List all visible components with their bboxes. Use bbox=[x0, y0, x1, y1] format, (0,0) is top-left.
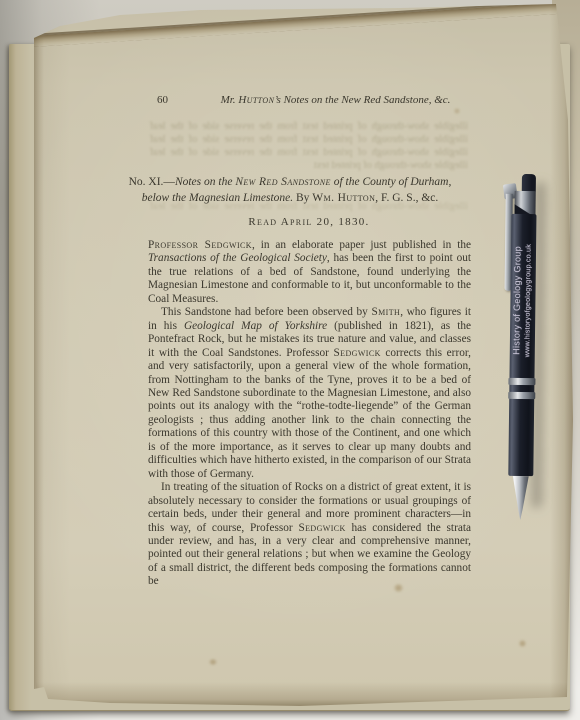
read-date-line: Read April 20, 1830. bbox=[148, 216, 470, 228]
page-right-edge-shading bbox=[550, 2, 574, 702]
pen-chrome-collar bbox=[514, 191, 535, 216]
pen-imprint-text: History of Geology Group www.historyofge… bbox=[510, 233, 537, 367]
promotional-pen: History of Geology Group www.historyofge… bbox=[494, 172, 550, 525]
photo-scene: 60 Mr. Hutton’s Notes on the New Red San… bbox=[0, 0, 580, 720]
running-header: 60 Mr. Hutton’s Notes on the New Red San… bbox=[148, 93, 470, 107]
paragraph-1: Professor Sedgwick, in an elaborate pape… bbox=[148, 239, 471, 306]
page-number: 60 bbox=[148, 93, 201, 107]
page-top-fold-edge bbox=[31, 1, 563, 47]
article-title: No. XI.—Notes on the New Red Sandstone o… bbox=[110, 175, 470, 206]
pen-ring-upper bbox=[508, 378, 535, 385]
paragraph-3: In treating of the situation of Rocks on… bbox=[148, 481, 471, 589]
pen-click-button bbox=[522, 174, 536, 192]
article-title-line2: below the Magnesian Limestone. By Wm. Hu… bbox=[110, 191, 470, 207]
foxing-spot bbox=[454, 108, 460, 114]
pen-imprint-line2: www.historyofgeologygroup.co.uk bbox=[522, 234, 534, 368]
page-left-edge-shading bbox=[33, 36, 44, 696]
article-title-line1: No. XI.—Notes on the New Red Sandstone o… bbox=[110, 175, 470, 191]
foxing-spot bbox=[519, 640, 526, 647]
foxing-spot bbox=[209, 659, 217, 665]
paragraph-2: This Sandstone had before been observed … bbox=[148, 306, 471, 481]
show-through-text: illegible show-through of printed text f… bbox=[150, 120, 468, 173]
pen-tip bbox=[511, 476, 531, 520]
pen-imprint: History of Geology Group www.historyofge… bbox=[510, 234, 537, 368]
pen-ring-lower bbox=[508, 392, 535, 399]
article-body: Professor Sedgwick, in an elaborate pape… bbox=[148, 239, 471, 589]
running-header-title: Mr. Hutton’s Notes on the New Red Sandst… bbox=[201, 93, 470, 107]
journal-page: 60 Mr. Hutton’s Notes on the New Red San… bbox=[0, 0, 580, 720]
